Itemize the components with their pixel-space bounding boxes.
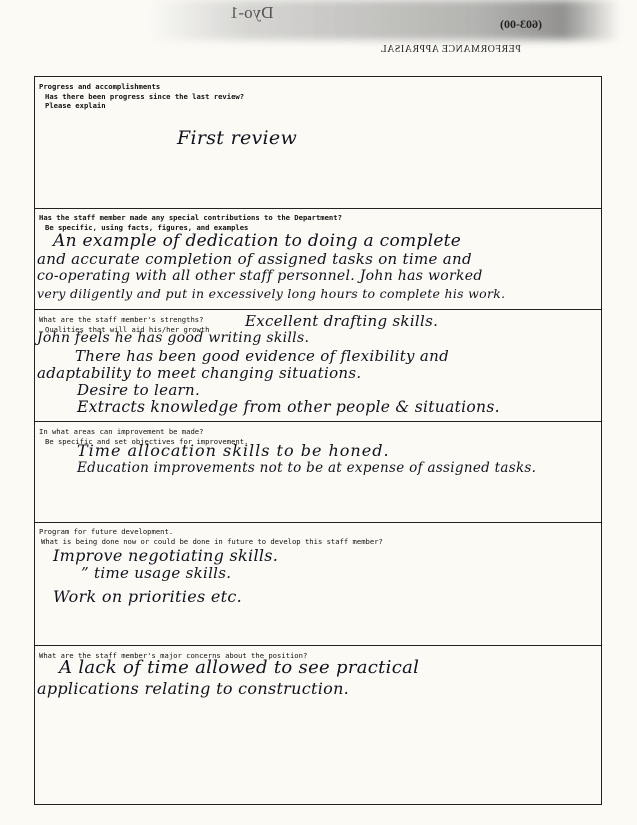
section-concerns: What are the staff member's major concer… — [35, 646, 601, 806]
question-title: In what areas can improvement be made? — [35, 427, 601, 437]
section-progress: Progress and accomplishments Has there b… — [35, 77, 601, 209]
question-title: Program for future development. — [35, 527, 601, 537]
answer-line: There has been good evidence of flexibil… — [75, 347, 449, 365]
answer-line: Improve negotiating skills. — [53, 546, 278, 565]
answer-line: Extracts knowledge from other people & s… — [77, 398, 500, 416]
answer-line: Time allocation skills to be honed. — [77, 441, 390, 460]
answer-line: adaptability to meet changing situations… — [37, 364, 361, 382]
answer-line: Excellent drafting skills. — [245, 312, 438, 330]
answer-line: very diligently and put in excessively l… — [37, 286, 505, 301]
appraisal-form: Progress and accomplishments Has there b… — [34, 76, 602, 805]
photocopy-smudge — [150, 0, 620, 40]
answer-line: A lack of time allowed to see practical — [59, 657, 419, 678]
answer-line: applications relating to construction. — [37, 679, 349, 698]
section-strengths: What are the staff member's strengths? Q… — [35, 310, 601, 422]
answer-line: Desire to learn. — [77, 381, 200, 399]
answer-line: Education improvements not to be at expe… — [77, 460, 536, 476]
answer-line: co-operating with all other staff person… — [37, 268, 483, 284]
question-title: Progress and accomplishments — [35, 82, 601, 92]
form-title: PERFORMANCE APPRAISAL — [380, 44, 521, 55]
section-future-development: Program for future development. What is … — [35, 523, 601, 646]
answer-line: An example of dedication to doing a comp… — [53, 231, 461, 251]
section-contributions: Has the staff member made any special co… — [35, 209, 601, 310]
bleed-through-mark: Dyo-1 — [230, 3, 273, 23]
question-sub: Please explain — [35, 101, 601, 111]
answer-line: ” time usage skills. — [81, 564, 231, 582]
section-improvement: In what areas can improvement be made? B… — [35, 422, 601, 523]
form-code: (603-00) — [500, 17, 542, 32]
answer-line: First review — [177, 127, 297, 149]
answer-line: and accurate completion of assigned task… — [37, 250, 472, 268]
question-sub: Has there been progress since the last r… — [35, 92, 601, 102]
answer-line: John feels he has good writing skills. — [37, 330, 309, 346]
answer-line: Work on priorities etc. — [53, 587, 242, 606]
question-sub: What is being done now or could be done … — [35, 537, 601, 547]
question-title: Has the staff member made any special co… — [35, 213, 601, 223]
